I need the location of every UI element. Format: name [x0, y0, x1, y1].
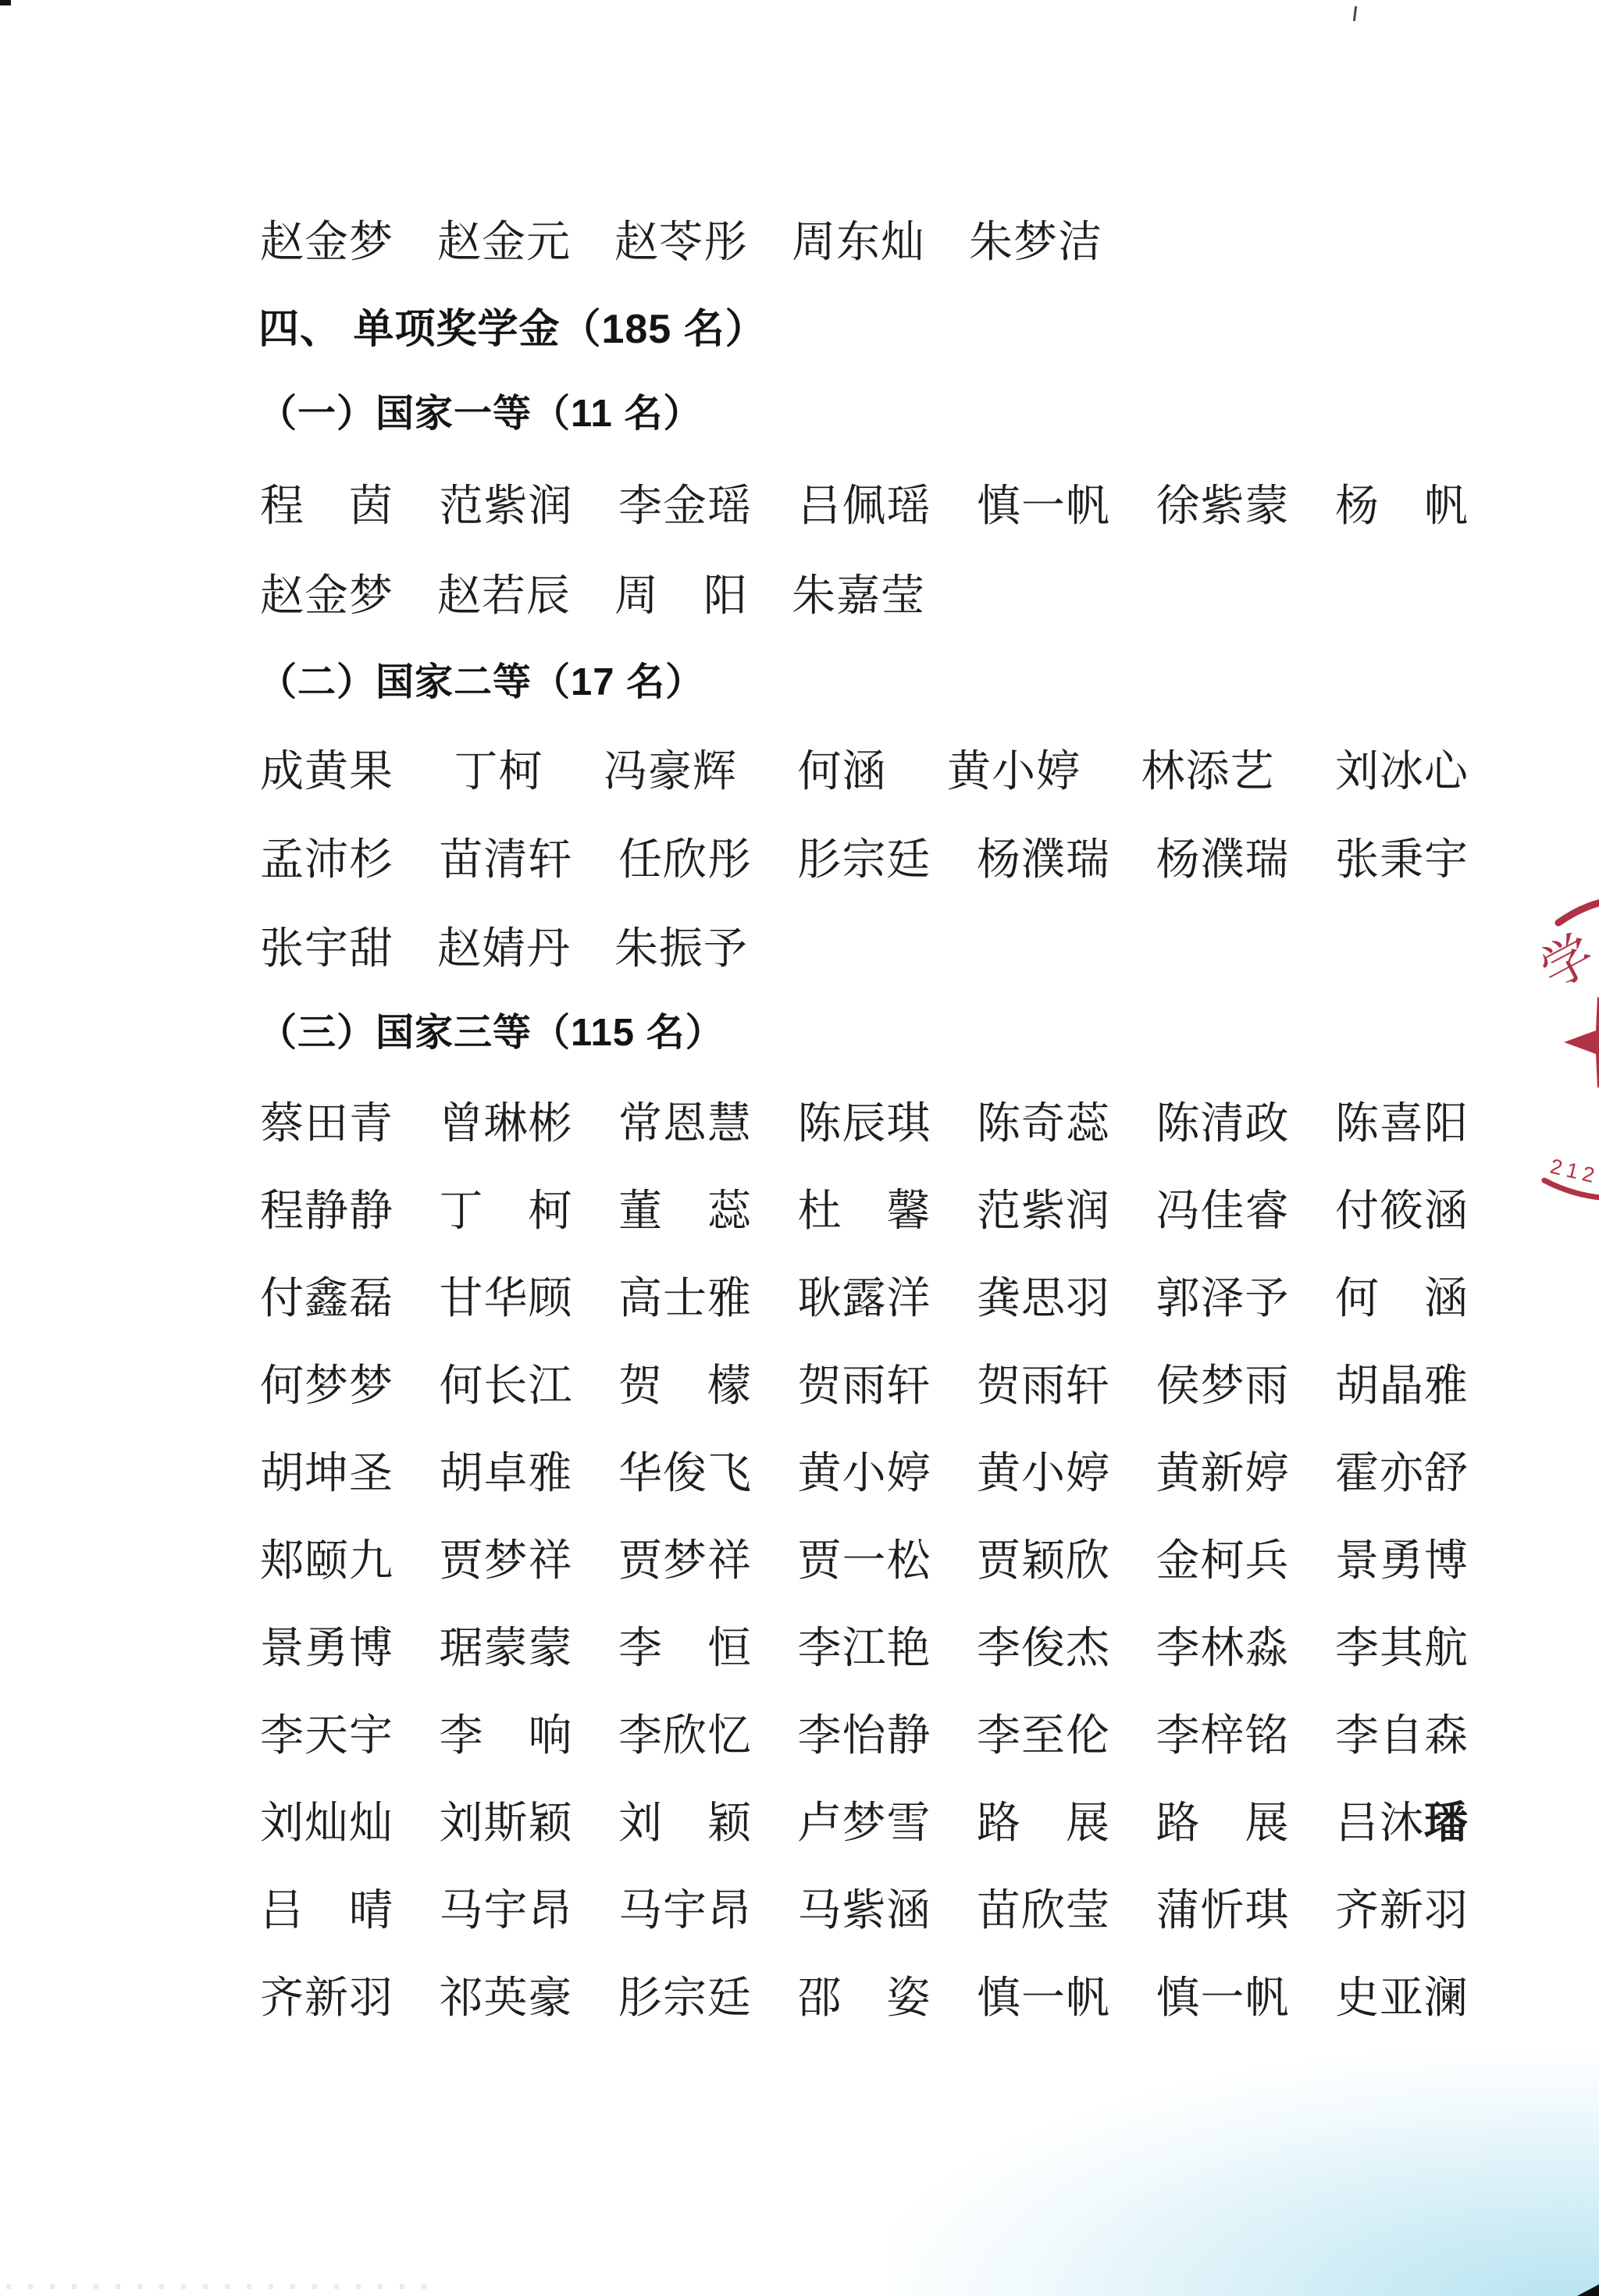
person-name: 贺雨轩 [977, 1365, 1110, 1408]
person-name: 林添艺 [1141, 750, 1275, 794]
person-name: 孟沛杉 [260, 838, 394, 882]
person-name: 李林淼 [1156, 1627, 1290, 1671]
person-name: 贾颖欣 [977, 1540, 1110, 1583]
person-name: 张宇甜 [260, 927, 394, 971]
person-name: 杨濮瑞 [1156, 838, 1290, 882]
person-name: 侯梦雨 [1156, 1365, 1290, 1408]
person-name: 胡坤圣 [260, 1452, 394, 1496]
person-name: 陈辰琪 [798, 1102, 931, 1146]
person-name: 刘灿灿 [260, 1802, 394, 1846]
scan-smudge-bottom-right [890, 2053, 1599, 2296]
person-name: 吕 晴 [260, 1889, 394, 1933]
person-name: 吕佩瑶 [798, 485, 931, 529]
person-name: 李其航 [1335, 1627, 1469, 1671]
person-name: 路 展 [977, 1802, 1110, 1846]
person-name: 李江艳 [798, 1627, 931, 1671]
person-name: 周 阳 [614, 575, 748, 618]
person-name: 李金瑶 [618, 485, 752, 529]
person-name: 刘斯颖 [440, 1802, 573, 1846]
person-name: 陈奇蕊 [977, 1102, 1110, 1146]
person-name: 苗清轩 [440, 838, 573, 882]
name-row: 孟沛杉苗清轩任欣彤肜宗廷杨濮瑞杨濮瑞张秉宇 [260, 838, 1469, 882]
person-name: 贺雨轩 [798, 1365, 931, 1408]
person-name: 齐新羽 [1335, 1889, 1469, 1933]
section-heading-national-first: （一）国家一等（11 名） [258, 395, 702, 433]
person-name: 周东灿 [792, 221, 925, 265]
person-name: 郏颐九 [260, 1540, 394, 1583]
person-name: 杨 帆 [1335, 485, 1469, 529]
person-name: 李自森 [1335, 1714, 1469, 1758]
name-row: 赵金梦赵若辰周 阳朱嘉莹 [260, 575, 1469, 618]
person-name: 景勇博 [1335, 1540, 1469, 1583]
person-name: 刘冰心 [1335, 750, 1469, 794]
person-name: 李 响 [440, 1714, 573, 1758]
seal-arc-top [1558, 902, 1599, 923]
person-name: 景勇博 [260, 1627, 394, 1671]
name-row: 景勇博琚蒙蒙李 恒李江艳李俊杰李林淼李其航 [260, 1627, 1469, 1671]
name-row: 胡坤圣胡卓雅华俊飞黄小婷黄小婷黄新婷霍亦舒 [260, 1452, 1469, 1496]
name-row: 齐新羽祁英豪肜宗廷邵 姿慎一帆慎一帆史亚澜 [260, 1977, 1469, 2020]
person-name: 苗欣莹 [977, 1889, 1110, 1933]
person-name: 马紫涵 [798, 1889, 931, 1933]
person-name: 郭泽予 [1156, 1277, 1290, 1321]
person-name: 龚思羽 [977, 1277, 1110, 1321]
scan-speck-top-right [1353, 6, 1357, 21]
section-heading-national-second: （二）国家二等（17 名） [258, 664, 704, 702]
person-name: 张秉宇 [1335, 838, 1469, 882]
person-name: 吕沐璠 [1335, 1802, 1469, 1846]
person-name: 胡晶雅 [1335, 1365, 1469, 1408]
scan-speck-strip-bottom-left [6, 2284, 443, 2289]
person-name: 贾梦祥 [440, 1540, 573, 1583]
person-name: 慎一帆 [1156, 1977, 1290, 2020]
name-row: 成黄果丁柯冯豪辉何涵黄小婷林添艺刘冰心 [260, 750, 1469, 794]
person-name: 齐新羽 [260, 1977, 394, 2020]
person-name: 陈喜阳 [1335, 1102, 1469, 1146]
person-name: 胡卓雅 [440, 1452, 573, 1496]
person-name: 琚蒙蒙 [440, 1627, 573, 1671]
person-name: 董 蕊 [618, 1190, 752, 1233]
seal-stamp: 学 2120 [1538, 890, 1599, 1226]
person-name: 耿露洋 [798, 1277, 931, 1321]
person-name: 祁英豪 [440, 1977, 573, 2020]
person-name: 朱振予 [614, 927, 748, 971]
person-name: 蒲忻琪 [1156, 1889, 1290, 1933]
person-name: 蔡田青 [260, 1102, 394, 1146]
name-row: 赵金梦赵金元赵苓彤周东灿朱梦洁 [260, 221, 1469, 265]
person-name: 范紫润 [977, 1190, 1110, 1233]
person-name: 赵金梦 [260, 575, 394, 618]
name-row: 郏颐九贾梦祥贾梦祥贾一松贾颖欣金柯兵景勇博 [260, 1540, 1469, 1583]
person-name: 付鑫磊 [260, 1277, 394, 1321]
person-name: 范紫润 [440, 485, 573, 529]
person-name: 朱嘉莹 [792, 575, 925, 618]
person-name: 何 涵 [1335, 1277, 1469, 1321]
person-name: 金柯兵 [1156, 1540, 1290, 1583]
section-heading-national-third: （三）国家三等（115 名） [258, 1014, 725, 1052]
person-name: 霍亦舒 [1335, 1452, 1469, 1496]
person-name: 李梓铭 [1156, 1714, 1290, 1758]
person-name: 黄新婷 [1156, 1452, 1290, 1496]
seal-character: 学 [1538, 925, 1599, 999]
seal-star-icon [1564, 996, 1599, 1088]
person-name: 路 展 [1156, 1802, 1290, 1846]
name-row: 蔡田青曾琳彬常恩慧陈辰琪陈奇蕊陈清政陈喜阳 [260, 1102, 1469, 1146]
person-name: 甘华顾 [440, 1277, 573, 1321]
person-name: 卢梦雪 [798, 1802, 931, 1846]
person-name: 任欣彤 [618, 838, 752, 882]
scan-speck-top-left [0, 0, 11, 5]
person-name: 李至伦 [977, 1714, 1110, 1758]
person-name: 何涵 [798, 750, 887, 794]
person-name: 赵婧丹 [437, 927, 571, 971]
person-name: 贾一松 [798, 1540, 931, 1583]
name-row: 刘灿灿刘斯颖刘 颖卢梦雪路 展路 展吕沐璠 [260, 1802, 1469, 1846]
person-name: 常恩慧 [618, 1102, 752, 1146]
person-name: 李 恒 [618, 1627, 752, 1671]
person-name: 刘 颖 [618, 1802, 752, 1846]
person-name: 肜宗廷 [798, 838, 931, 882]
person-name: 李俊杰 [977, 1627, 1110, 1671]
person-name: 何梦梦 [260, 1365, 394, 1408]
person-name: 丁柯 [454, 750, 543, 794]
person-name: 程静静 [260, 1190, 394, 1233]
person-name: 杜 馨 [798, 1190, 931, 1233]
person-name: 冯豪辉 [604, 750, 737, 794]
person-name: 贺 檬 [618, 1365, 752, 1408]
document-page: 赵金梦赵金元赵苓彤周东灿朱梦洁 四、 单项奖学金（185 名） （一）国家一等（… [0, 0, 1599, 2296]
name-row: 张宇甜赵婧丹朱振予 [260, 927, 1469, 971]
person-name: 丁 柯 [440, 1190, 573, 1233]
person-name: 何长江 [440, 1365, 573, 1408]
person-name: 杨濮瑞 [977, 838, 1110, 882]
person-name: 黄小婷 [798, 1452, 931, 1496]
name-row: 何梦梦何长江贺 檬贺雨轩贺雨轩侯梦雨胡晶雅 [260, 1365, 1469, 1408]
person-name: 李欣忆 [618, 1714, 752, 1758]
person-name: 徐紫蒙 [1156, 485, 1290, 529]
person-name: 付筱涵 [1335, 1190, 1469, 1233]
person-name: 成黄果 [260, 750, 394, 794]
person-name: 贾梦祥 [618, 1540, 752, 1583]
person-name: 黄小婷 [947, 750, 1081, 794]
person-name: 赵苓彤 [614, 221, 748, 265]
person-name: 肜宗廷 [618, 1977, 752, 2020]
main-heading: 四、 单项奖学金（185 名） [258, 309, 767, 350]
name-row: 付鑫磊甘华顾高士雅耿露洋龚思羽郭泽予何 涵 [260, 1277, 1469, 1321]
person-name: 慎一帆 [977, 485, 1110, 529]
person-name: 赵金元 [437, 221, 571, 265]
person-name: 程 茵 [260, 485, 394, 529]
person-name: 邵 姿 [798, 1977, 931, 2020]
person-name: 曾琳彬 [440, 1102, 573, 1146]
person-name: 陈清政 [1156, 1102, 1290, 1146]
person-name: 冯佳睿 [1156, 1190, 1290, 1233]
person-name: 李怡静 [798, 1714, 931, 1758]
name-row: 吕 晴马宇昂马宇昂马紫涵苗欣莹蒲忻琪齐新羽 [260, 1889, 1469, 1933]
person-name: 李天宇 [260, 1714, 394, 1758]
person-name: 黄小婷 [977, 1452, 1110, 1496]
name-row: 李天宇李 响李欣忆李怡静李至伦李梓铭李自森 [260, 1714, 1469, 1758]
person-name: 慎一帆 [977, 1977, 1110, 2020]
person-name: 马宇昂 [618, 1889, 752, 1933]
person-name: 史亚澜 [1335, 1977, 1469, 2020]
person-name: 华俊飞 [618, 1452, 752, 1496]
person-name: 赵若辰 [437, 575, 571, 618]
name-row: 程静静丁 柯董 蕊杜 馨范紫润冯佳睿付筱涵 [260, 1190, 1469, 1233]
person-name: 朱梦洁 [969, 221, 1102, 265]
person-name: 高士雅 [618, 1277, 752, 1321]
name-row: 程 茵范紫润李金瑶吕佩瑶慎一帆徐紫蒙杨 帆 [260, 485, 1469, 529]
scan-wedge-bottom-right [1577, 2284, 1599, 2296]
person-name: 赵金梦 [260, 221, 394, 265]
person-name: 马宇昂 [440, 1889, 573, 1933]
